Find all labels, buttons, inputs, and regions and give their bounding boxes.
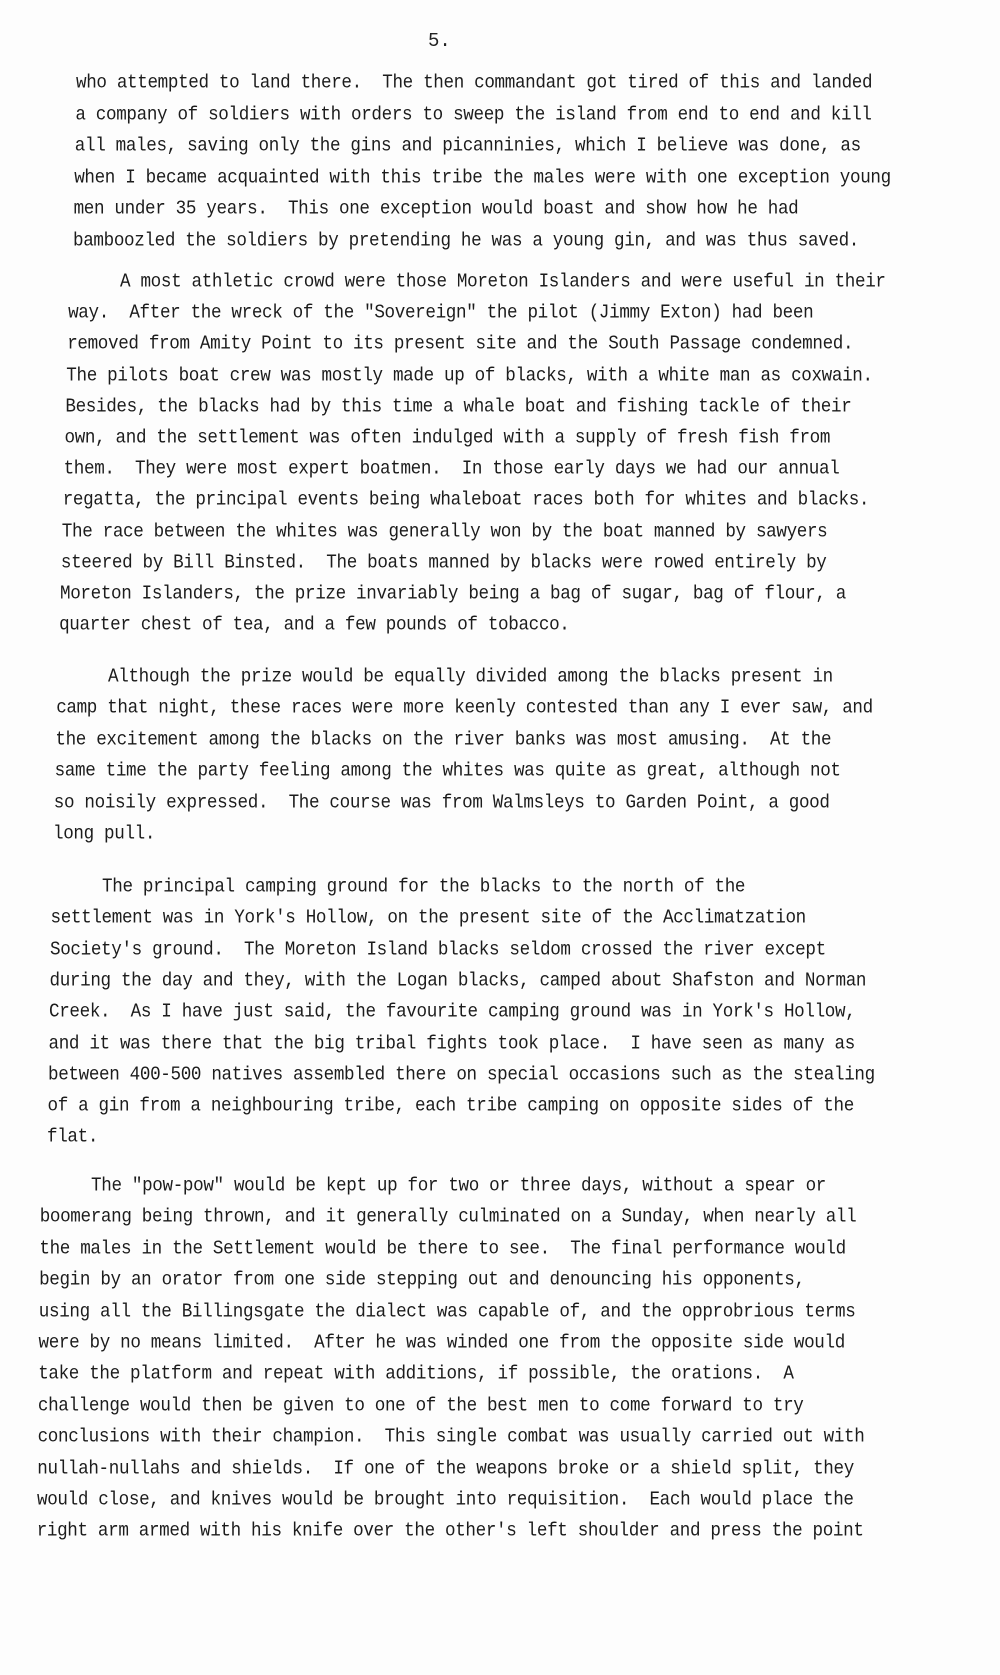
- text-line: the males in the Settlement would be the…: [39, 1238, 845, 1260]
- text-line: a company of soldiers with orders to swe…: [75, 104, 871, 126]
- text-line: all males, saving only the gins and pica…: [75, 135, 861, 157]
- text-line: Although the prize would be equally divi…: [57, 666, 833, 688]
- text-line: Society's ground. The Moreton Island bla…: [50, 939, 826, 961]
- text-line: boomerang being thrown, and it generally…: [40, 1206, 857, 1228]
- text-line: steered by Bill Binsted. The boats manne…: [61, 552, 827, 574]
- text-line: when I became acquainted with this tribe…: [74, 167, 891, 189]
- text-line: The pilots boat crew was mostly made up …: [66, 365, 872, 387]
- text-line: and it was there that the big tribal fig…: [49, 1033, 855, 1055]
- text-line: right arm armed with his knife over the …: [37, 1520, 864, 1542]
- text-line: Moreton Islanders, the prize invariably …: [60, 583, 846, 605]
- text-line: regatta, the principal events being whal…: [63, 489, 869, 511]
- text-line: the excitement among the blacks on the r…: [55, 729, 831, 751]
- text-line: long pull.: [53, 823, 155, 845]
- text-line: The race between the whites was generall…: [62, 521, 828, 543]
- text-line: The principal camping ground for the bla…: [51, 876, 745, 898]
- text-line: them. They were most expert boatmen. In …: [64, 458, 840, 480]
- page-number: 5.: [428, 30, 451, 52]
- text-line: A most athletic crowd were those Moreton…: [69, 271, 886, 293]
- text-line: would close, and knives would be brought…: [37, 1489, 854, 1511]
- typewritten-page: 5. who attempted to land there. The then…: [0, 0, 1000, 1675]
- text-line: begin by an orator from one side steppin…: [39, 1269, 805, 1291]
- text-line: men under 35 years. This one exception w…: [74, 198, 799, 220]
- text-line: bamboozled the soldiers by pretending he…: [73, 230, 859, 252]
- text-line: using all the Billingsgate the dialect w…: [39, 1301, 856, 1323]
- text-line: removed from Amity Point to its present …: [67, 333, 853, 355]
- text-line: during the day and they, with the Logan …: [50, 970, 867, 992]
- text-line: camp that night, these races were more k…: [56, 697, 873, 719]
- text-line: so noisily expressed. The course was fro…: [54, 792, 830, 814]
- text-line: nullah-nullahs and shields. If one of th…: [37, 1458, 854, 1480]
- text-line: settlement was in York's Hollow, on the …: [51, 907, 806, 929]
- text-line: Besides, the blacks had by this time a w…: [65, 396, 851, 418]
- text-line: take the platform and repeat with additi…: [38, 1363, 793, 1385]
- text-line: The "pow-pow" would be kept up for two o…: [40, 1175, 826, 1197]
- text-line: way. After the wreck of the "Sovereign" …: [68, 302, 813, 324]
- text-line: of a gin from a neighbouring tribe, each…: [48, 1095, 854, 1117]
- text-line: conclusions with their champion. This si…: [38, 1426, 865, 1448]
- text-line: who attempted to land there. The then co…: [76, 72, 872, 94]
- text-line: same time the party feeling among the wh…: [55, 760, 841, 782]
- text-line: were by no means limited. After he was w…: [39, 1332, 845, 1354]
- text-line: quarter chest of tea, and a few pounds o…: [59, 614, 569, 636]
- text-line: Creek. As I have just said, the favourit…: [49, 1001, 855, 1023]
- text-line: challenge would then be given to one of …: [38, 1395, 804, 1417]
- text-line: between 400-500 natives assembled there …: [48, 1064, 875, 1086]
- text-line: own, and the settlement was often indulg…: [65, 427, 831, 449]
- text-line: flat.: [47, 1126, 98, 1148]
